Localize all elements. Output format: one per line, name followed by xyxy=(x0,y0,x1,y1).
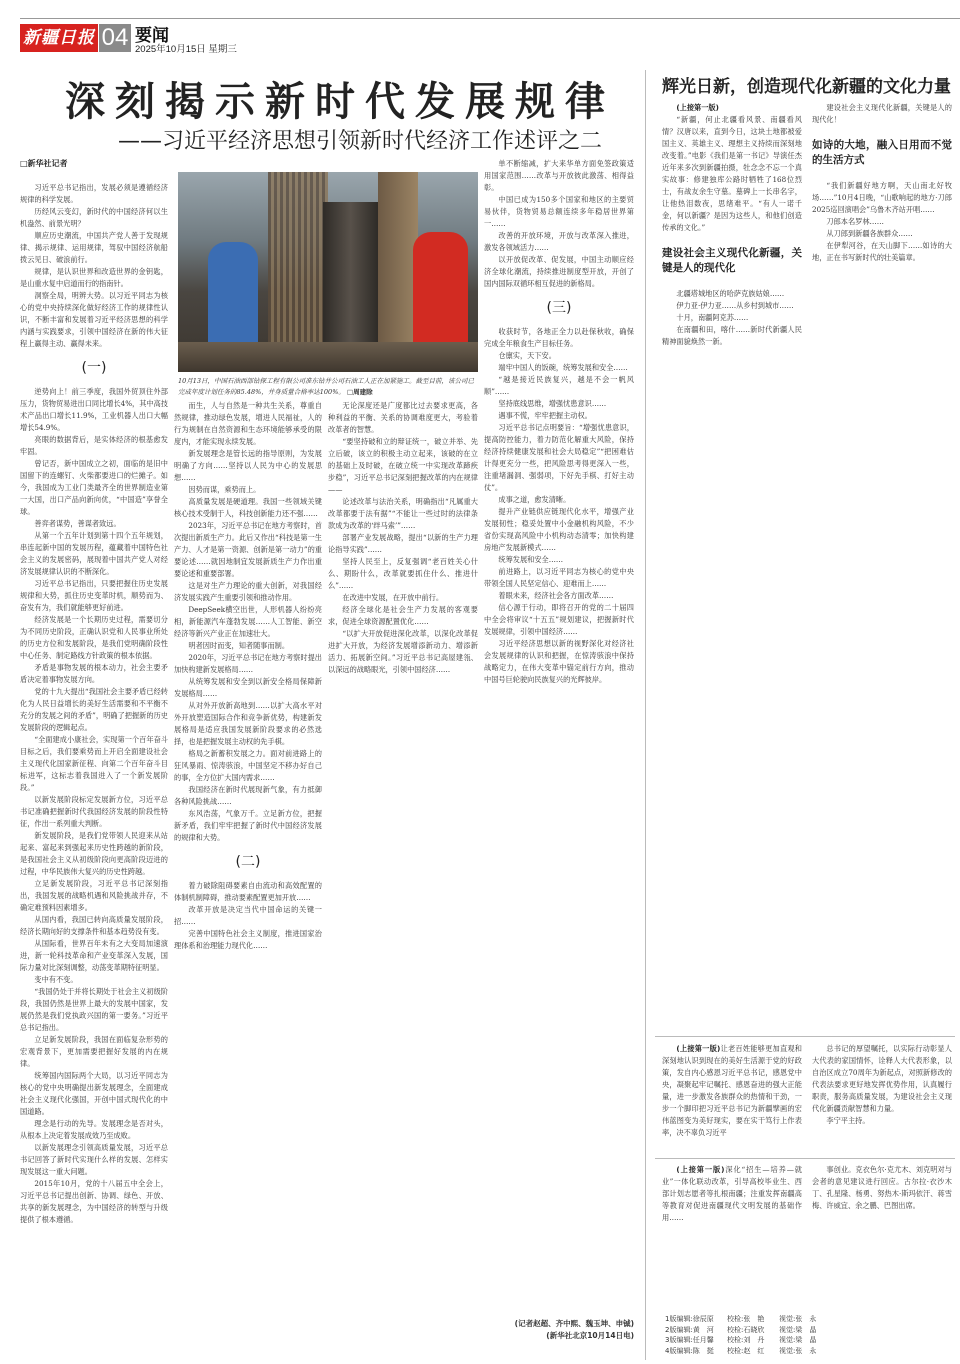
main-article-column-1: □新华社记者 习近平总书记指出，发展必须是遵循经济规律的科学发展。 历经风云变幻… xyxy=(20,158,168,1358)
main-subheadline: ——习近平经济思想引领新时代经济工作述评之二 xyxy=(80,124,640,155)
reporters: (记者赵超、齐中熙、魏玉坤、申铖) xyxy=(484,1318,634,1330)
paragraph: 而生，人与自然是一种共生关系，尊重自然规律，推动绿色发展，增进人民福祉，人的行为… xyxy=(174,400,322,448)
paragraph: 党的十九大提出“我国社会主要矛盾已经转化为人民日益增长的美好生活需要和不平衡不充… xyxy=(20,686,168,734)
paragraph: “要坚持破和立的辩证统一，破立并举、先立后破，该立的积极主动立起来，该破的在立的… xyxy=(328,436,478,496)
paragraph: 经济发展是一个长期历史过程，需要切分为不同历史阶段，正确认识党和人民事业所处的历… xyxy=(20,614,168,662)
news-photo-oil-workers xyxy=(178,172,478,372)
continued-label: (上接第一版) xyxy=(676,1044,720,1053)
credit-row: 3版编辑:任月馨校检:刘 丹视觉:梁 晶 xyxy=(665,1335,816,1346)
paragraph: 逆势向上！前三季度，我国外贸顶住外部压力，货物贸易进出口同比增长4%，其中高技术… xyxy=(20,386,168,434)
caption-text: 10月13日，中国石油西部钻探工程有限公司准东钻井公司石油工人正在加紧施工。截至… xyxy=(178,377,474,396)
paragraph: “我国仍处于并将长期处于社会主义初级阶段，我国仍然是世界上最大的发展中国家，发展… xyxy=(20,986,168,1034)
paragraph: 规律，是认识世界和改造世界的金钥匙，是山重水复中启道而行的指南针。 xyxy=(20,266,168,290)
credit-row: 2版编辑:黄 河校检:石晓欣视觉:梁 晶 xyxy=(665,1325,816,1336)
paragraph: 习近平经济思想以新的视野深化对经济社会发展规律的认识和把握，在惊涛骇浪中保持战略… xyxy=(484,638,634,686)
column-divider xyxy=(645,70,646,1360)
paragraph: 在伊犁河谷，在天山脚下……如诗的大地，正在书写新时代的壮美篇章。 xyxy=(812,240,952,264)
paragraph: 东风浩荡，气象万千。立足新方位，把握新矛盾，我们牢牢把握了新时代中国经济发展的规… xyxy=(174,808,322,844)
paragraph: 坚持人民至上，反复强调“老百姓关心什么、期盼什么，改革就要抓住什么、推进什么”…… xyxy=(328,556,478,592)
paragraph: 这是对生产力理论的重大创新，对我国经济发展实践产生重要引领和推动作用。 xyxy=(174,580,322,604)
paragraph: “以扩大开放促进深化改革，以深化改革促进扩大开放，为经济发展增添新动力、增添新活… xyxy=(328,628,478,676)
subtitle: 建设社会主义现代化新疆，关键是人的现代化 xyxy=(662,246,802,276)
paragraph: 信心源于行动，即将召开的党的二十届四中全会将审议“十五五”规划建议，把握新时代发… xyxy=(484,602,634,638)
chapter-heading-3: (三) xyxy=(484,302,634,314)
paragraph: 在改进中发展，在开放中前行。 xyxy=(328,592,478,604)
paragraph: DeepSeek横空出世，人形机器人纷纷亮相，新能源汽车蓬勃发展……人工智能、新… xyxy=(174,604,322,640)
credit-row: 1版编辑:徐辰原校检:张 艳视觉:张 永 xyxy=(665,1314,816,1325)
paragraph: 事创业。克衣色尔·克尤木、刘克明对与会者的意见建议进行回应。古尔拉·衣沙木丁、孔… xyxy=(812,1164,952,1212)
paragraph: 论述改革与法治关系，明确指出“凡属重大改革都要于法有据”“不能让一些过时的法律条… xyxy=(328,496,478,532)
paragraph: 在南疆和田，喀什……新时代新疆人民精神面貌焕然一新。 xyxy=(662,324,802,348)
paragraph: 立足新发展阶段，习近平总书记深刻指出，我国发展的战略机遇和风险挑战并存，不确定难… xyxy=(20,878,168,914)
paragraph: 北疆塔城地区的哈萨克族姑娘…… xyxy=(662,288,802,300)
paragraph: 着力破除阻碍要素自由流动和高效配置的体制机制障碍，推动要素配置更加开放…… xyxy=(174,880,322,904)
paragraph: “越是接近民族复兴，越是不会一帆风顺”…… xyxy=(484,374,634,398)
paragraph: 善弈者谋势，善谋者致远。 xyxy=(20,518,168,530)
editorial-credits: 1版编辑:徐辰原校检:张 艳视觉:张 永 2版编辑:黄 河校检:石晓欣视觉:梁 … xyxy=(665,1314,816,1356)
main-headline: 深刻揭示新时代发展规律 xyxy=(40,70,640,127)
paragraph: 从对外开放新高地到……以扩大高水平对外开放塑造国际合作和竞争新优势，构建新发展格… xyxy=(174,700,322,748)
paragraph: 2015年10月，党的十八届五中全会上，习近平总书记提出创新、协调、绿色、开放、… xyxy=(20,1178,168,1226)
paragraph: 以新发展阶段标定发展新方位，习近平总书记准确把握新时代我国经济发展的阶段性特征，… xyxy=(20,794,168,830)
paragraph: 从国际看，世界百年未有之大变局加速演进，新一轮科技革命和产业变革深入发展，国际力… xyxy=(20,938,168,974)
paragraph: “新疆，何止北疆看风景、南疆看风情？汉唐以来，直到今日，这块土地都被爱国主义、英… xyxy=(662,114,802,234)
paragraph: 部署产业发展战略，提出“以新的生产力理论指导实践”…… xyxy=(328,532,478,556)
paragraph: 高质量发展是硬道理。我国一些领域关键核心技术受制于人，科技创新能力还不强…… xyxy=(174,496,322,520)
paragraph: 前进路上，以习近平同志为核心的党中央带领全国人民坚定信心、迎难而上…… xyxy=(484,566,634,590)
paragraph: 仓廪实，天下安。 xyxy=(484,350,634,362)
paragraph: 2023年，习近平总书记在地方考察时，首次提出新质生产力。此后又作出“科技是第一… xyxy=(174,520,322,580)
right-article-column-a: (上接第一版) “新疆，何止北疆看风景、南疆看风情？汉唐以来，直到今日，这块土地… xyxy=(662,102,802,1028)
paragraph: 因势而谋，乘势而上。 xyxy=(174,484,322,496)
section-divider xyxy=(655,1036,955,1037)
paragraph: 习近平总书记指出，只要把握住历史发展规律和大势，抓住历史变革时机，顺势而为、奋发… xyxy=(20,578,168,614)
subtitle: 如诗的大地，融入日用而不觉的生活方式 xyxy=(812,138,952,168)
right-article-column-b: 建设社会主义现代化新疆，关键是人的现代化！ 如诗的大地，融入日用而不觉的生活方式… xyxy=(812,102,952,1028)
paragraph: 顺应历史潮流，中国共产党人善于发现规律、揭示规律、运用规律，驾驭中国经济航船拨云… xyxy=(20,230,168,266)
paragraph: 立足新发展阶段，我国在面临复杂形势的宏观背景下，更加需要把握好发展的内在规律。 xyxy=(20,1034,168,1070)
paragraph: 十月，南疆阿克苏…… xyxy=(662,312,802,324)
continued-label: (上接第一版) xyxy=(676,1165,724,1174)
chapter-heading-2: (二) xyxy=(174,856,322,868)
paragraph: 改善的开放环境，开放与改革深入推进，激发各领域活力…… xyxy=(484,230,634,254)
paragraph: 亮眼的数据背后，是实体经济的根基愈发牢固。 xyxy=(20,434,168,458)
paragraph: 让老百姓能够更加直观和深刻地认识到现在的美好生活源于党的好政策，发自内心感恩习近… xyxy=(662,1044,802,1137)
paragraph: 总书记的厚望嘱托，以实际行动彰显人大代表的家国情怀，诠释人大代表形象，以自治区成… xyxy=(812,1043,952,1115)
article-signoff: (记者赵超、齐中熙、魏玉坤、申铖) (新华社北京10月14日电) xyxy=(484,1318,634,1358)
continued-block-1-left: (上接第一版)让老百姓能够更加直观和深刻地认识到现在的美好生活源于党的好政策，发… xyxy=(662,1043,802,1143)
paragraph: 从统筹发展和安全到以新安全格局保障新发展格局…… xyxy=(174,676,322,700)
paragraph: 从第一个五年计划到第十四个五年规划，串连起新中国的发展历程，蕴藏着中国特色社会主… xyxy=(20,530,168,578)
paragraph: 着眼未来，经济社会各方面改革…… xyxy=(484,590,634,602)
page-number: 04 xyxy=(99,24,131,52)
paragraph: 我国经济在新时代展现新气象，有力抵御各种风险挑战…… xyxy=(174,784,322,808)
issue-date: 2025年10月15日 星期三 xyxy=(135,41,237,55)
paragraph: 曾记否，新中国成立之初，面临的是旧中国留下的连螺钉、火柴都要进口的烂摊子。如今，… xyxy=(20,458,168,518)
continued-block-2-left: (上接第一版)深化“招生—培养—就业”一体化联动改革，引导高校毕业生、西部计划志… xyxy=(662,1164,802,1304)
paragraph: “我们新疆好地方啊，天山南北好牧场……”10月4日晚，“山歌响起的地方·刀郎20… xyxy=(812,180,952,216)
paragraph: 从刀郎到新疆各族群众…… xyxy=(812,228,952,240)
masthead: 新疆日报 04 要闻 2025年10月15日 星期三 xyxy=(20,18,960,54)
paragraph: 中国已成为150多个国家和地区的主要贸易伙伴，货物贸易总额连续多年稳居世界第一…… xyxy=(484,194,634,230)
main-article-column-4: 单不断缩减，扩大来华单方面免签政策适用国家范围……改革与开放彼此激荡、相得益彰。… xyxy=(484,158,634,1288)
chapter-heading-1: (一) xyxy=(20,362,168,374)
paragraph: 格局之新蓄积发展之力。面对前进路上的狂风暴雨、惊涛骇浪，中国坚定不移办好自己的事… xyxy=(174,748,322,784)
photo-caption: 10月13日，中国石油西部钻探工程有限公司准东钻井公司石油工人正在加紧施工。截至… xyxy=(178,376,478,398)
photo-credit: □周建除 xyxy=(347,388,373,396)
paragraph: 习近平总书记指出，发展必须是遵循经济规律的科学发展。 xyxy=(20,182,168,206)
host-line: 李宁平主持。 xyxy=(812,1115,952,1127)
section-divider xyxy=(655,1158,955,1159)
paragraph: 完善中国特色社会主义制度，推进国家治理体系和治理能力现代化…… xyxy=(174,928,322,952)
paragraph: 建设社会主义现代化新疆，关键是人的现代化！ xyxy=(812,102,952,126)
paragraph: 单不断缩减，扩大来华单方面免签政策适用国家范围……改革与开放彼此激荡、相得益彰。 xyxy=(484,158,634,194)
paragraph: 经济全球化是社会生产力发展的客观要求，促进全球资源配置优化…… xyxy=(328,604,478,628)
paragraph: 以新发展理念引领高质量发展，习近平总书记回答了新时代实现什么样的发展、怎样实现发… xyxy=(20,1142,168,1178)
continued-block-2-right: 事创业。克衣色尔·克尤木、刘克明对与会者的意见建议进行回应。古尔拉·衣沙木丁、孔… xyxy=(812,1164,952,1304)
paragraph: 成事之道，愈发清晰。 xyxy=(484,494,634,506)
continued-block-1-right: 总书记的厚望嘱托，以实际行动彰显人大代表的家国情怀，诠释人大代表形象，以自治区成… xyxy=(812,1043,952,1143)
paragraph: 统筹发展和安全…… xyxy=(484,554,634,566)
paragraph: 历经风云变幻，新时代的中国经济何以生机盎然、前景光明？ xyxy=(20,206,168,230)
paragraph: 收获时节，各地正全力以赴保秋收，确保完成全年粮食生产目标任务。 xyxy=(484,326,634,350)
paragraph: “全面建成小康社会，实现第一个百年奋斗目标之后，我们要乘势而上开启全面建设社会主… xyxy=(20,734,168,794)
paragraph: 提升产业链供应链现代化水平，增强产业发展韧性；稳妥处置中小金融机构风险，不少省份… xyxy=(484,506,634,554)
paragraph: 变中有不变。 xyxy=(20,974,168,986)
main-article-column-2: 而生，人与自然是一种共生关系，尊重自然规律，推动绿色发展，增进人民福祉，人的行为… xyxy=(174,400,322,1358)
continued-label: (上接第一版) xyxy=(662,102,802,114)
paragraph: 伊力亚·伊力亚……从乡村到城市…… xyxy=(662,300,802,312)
paragraph: 以开放促改革、促发展，中国主动顺应经济全球化潮流，持续推进制度型开放，开创了国内… xyxy=(484,254,634,290)
paragraph: 习近平总书记点明要旨：“增强忧患意识，提高防控能力，着力防范化解重大风险，保持经… xyxy=(484,422,634,494)
paragraph: 理念是行动的先导。发展理念是否对头，从根本上决定着发展成效乃至成败。 xyxy=(20,1118,168,1142)
paragraph: 坚持底线思维，增强忧患意识…… xyxy=(484,398,634,410)
paragraph: 2020年，习近平总书记在地方考察时提出加快构建新发展格局…… xyxy=(174,652,322,676)
credit-row: 4版编辑:陈 挺校检:赵 红视觉:张 永 xyxy=(665,1346,816,1357)
paragraph: 新发展理念是管长远的指导原则，为发展明确了方向……坚持以人民为中心的发展思想…… xyxy=(174,448,322,484)
paragraph: 端牢中国人的饭碗，统筹发展和安全…… xyxy=(484,362,634,374)
paragraph: 矛盾是事物发展的根本动力，社会主要矛盾决定着事物发展方向。 xyxy=(20,662,168,686)
newspaper-logo: 新疆日报 xyxy=(20,24,98,52)
paragraph: 刀郎本名罗林…… xyxy=(812,216,952,228)
paragraph: 统筹国内国际两个大局，以习近平同志为核心的党中央明确提出新发展理念，全面建成社会… xyxy=(20,1070,168,1118)
dispatch-line: (新华社北京10月14日电) xyxy=(484,1330,634,1342)
byline: □新华社记者 xyxy=(20,158,168,170)
paragraph: 从国内看，我国已转向高质量发展阶段，经济长期向好的支撑条件和基本趋势没有变。 xyxy=(20,914,168,938)
right-headline: 辉光日新，创造现代化新疆的文化力量 xyxy=(662,72,952,97)
paragraph: 洞察全局，明辨大势。以习近平同志为核心的党中央持续深化做好经济工作的规律性认识，… xyxy=(20,290,168,350)
paragraph: 改革开放是决定当代中国命运的关键一招…… xyxy=(174,904,322,928)
paragraph: 新发展阶段，是我们党带领人民迎来从站起来、富起来到强起来历史性跨越的新阶段，是我… xyxy=(20,830,168,878)
paragraph: 明者因时而变，知者随事而制。 xyxy=(174,640,322,652)
paragraph: 无论深度还是广度都比过去要求更高，各种利益的平衡、关系的协调难度更大，考验着改革… xyxy=(328,400,478,436)
main-article-column-3: 无论深度还是广度都比过去要求更高，各种利益的平衡、关系的协调难度更大，考验着改革… xyxy=(328,400,478,1358)
paragraph: 遇事不慌，牢牢把握主动权。 xyxy=(484,410,634,422)
